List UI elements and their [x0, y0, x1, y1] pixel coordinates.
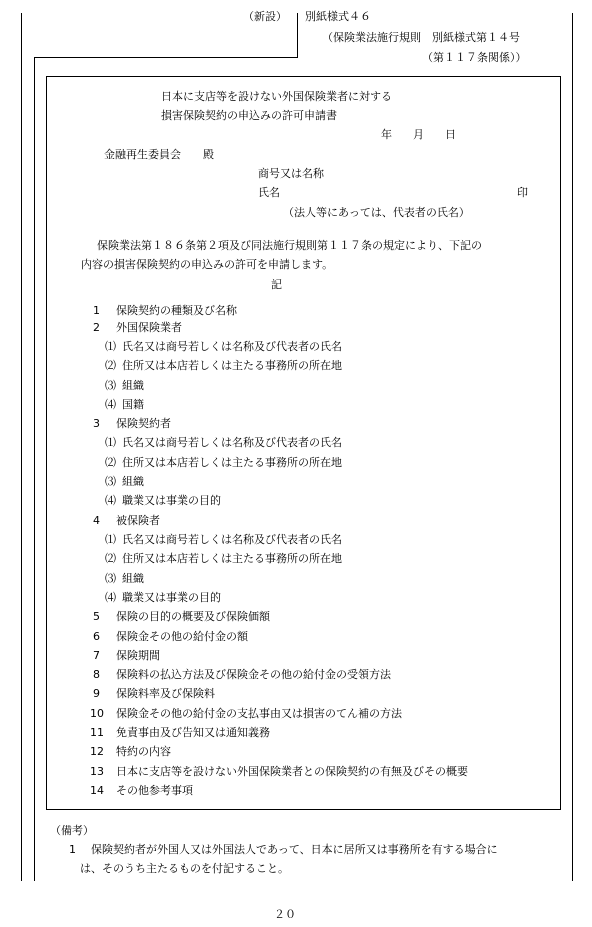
item-text: 保険料率及び保険料: [116, 687, 215, 701]
item-text: 保険金その他の給付金の額: [116, 630, 248, 644]
applicant-name-label: 氏名: [258, 186, 280, 200]
item-number: ⑵: [105, 456, 116, 470]
notes-heading: （備考）: [50, 824, 94, 838]
item-text: 保険料の払込方法及び保険金その他の給付金の受領方法: [116, 668, 391, 682]
reference-line-2: （第１１７条関係））: [422, 51, 527, 65]
item-text: 組織: [122, 379, 144, 393]
honorific: 殿: [203, 148, 214, 162]
item-text: 住所又は本店若しくは主たる事務所の所在地: [122, 552, 342, 566]
ki-heading: 記: [271, 278, 282, 292]
note-1-line-1: 保険契約者が外国人又は外国法人であって、日本に居所又は事務所を有する場合に: [91, 843, 498, 857]
item-number: ⑵: [105, 552, 116, 566]
item-text: 保険期間: [116, 649, 160, 663]
item-text: 特約の内容: [116, 745, 171, 759]
item-text: 氏名又は商号若しくは名称及び代表者の氏名: [122, 340, 342, 354]
item-number: 14: [90, 784, 104, 798]
item-number: 6: [93, 630, 100, 644]
form-number: 別紙様式４６: [305, 10, 371, 24]
note-1-line-2: は、そのうち主たるものを付記すること。: [80, 862, 289, 876]
item-text: 住所又は本店若しくは主たる事務所の所在地: [122, 359, 342, 373]
form-title-line-1: 日本に支店等を設けない外国保険業者に対する: [161, 90, 392, 104]
form-box-top: [46, 76, 561, 77]
middle-frame-top: [34, 57, 298, 58]
form-box-right: [560, 76, 561, 810]
seal-mark: 印: [517, 186, 528, 200]
date-month: 月: [413, 128, 424, 142]
item-text: 氏名又は商号若しくは名称及び代表者の氏名: [122, 533, 342, 547]
item-text: 組織: [122, 572, 144, 586]
form-title-line-2: 損害保険契約の申込みの許可申請書: [161, 109, 337, 123]
middle-frame-left: [34, 57, 35, 881]
item-text: 組織: [122, 475, 144, 489]
form-box-left: [46, 76, 47, 810]
item-number: 9: [93, 687, 100, 701]
item-number: ⑴: [105, 340, 116, 354]
item-text: 保険金その他の給付金の支払事由又は損害のてん補の方法: [116, 707, 402, 721]
date-day: 日: [445, 128, 456, 142]
item-text: 被保険者: [116, 514, 160, 528]
outer-frame-right: [572, 13, 573, 881]
application-body-line-2: 内容の損害保険契約の申込みの許可を申請します。: [81, 258, 333, 272]
item-text: 住所又は本店若しくは主たる事務所の所在地: [122, 456, 342, 470]
item-number: 4: [93, 514, 100, 528]
item-text: 保険契約の種類及び名称: [116, 304, 237, 318]
addressee: 金融再生委員会: [104, 148, 181, 162]
item-number: ⑷: [105, 494, 116, 508]
page-number: ２０: [274, 908, 296, 922]
item-text: 氏名又は商号若しくは名称及び代表者の氏名: [122, 436, 342, 450]
item-text: 保険の目的の概要及び保険価額: [116, 610, 270, 624]
item-number: 10: [90, 707, 104, 721]
item-number: 1: [93, 304, 100, 318]
item-number: 7: [93, 649, 100, 663]
item-text: 保険契約者: [116, 417, 171, 431]
item-text: 国籍: [122, 398, 144, 412]
item-number: ⑵: [105, 359, 116, 373]
item-number: 12: [90, 745, 104, 759]
item-number: 11: [90, 726, 104, 740]
form-box-bottom: [46, 809, 561, 810]
item-text: 職業又は事業の目的: [122, 591, 221, 605]
item-number: 5: [93, 610, 100, 624]
item-number: ⑶: [105, 379, 116, 393]
item-number: ⑶: [105, 475, 116, 489]
item-text: 免責事由及び告知又は通知義務: [116, 726, 270, 740]
item-number: ⑷: [105, 591, 116, 605]
item-number: 8: [93, 668, 100, 682]
outer-frame-left: [21, 13, 22, 881]
item-text: その他参考事項: [116, 784, 193, 798]
item-number: ⑷: [105, 398, 116, 412]
company-name-label: 商号又は名称: [258, 167, 324, 181]
item-text: 日本に支店等を設けない外国保険業者との保険契約の有無及びその概要: [116, 765, 468, 779]
item-number: 3: [93, 417, 100, 431]
item-number: ⑴: [105, 436, 116, 450]
application-body-line-1: 保険業法第１８６条第２項及び同法施行規則第１１７条の規定により、下記の: [97, 239, 482, 253]
header-divider-vertical: [297, 13, 298, 58]
item-number: 2: [93, 321, 100, 335]
item-number: ⑶: [105, 572, 116, 586]
item-text: 外国保険業者: [116, 321, 182, 335]
reference-line-1: （保険業法施行規則 別紙様式第１４号: [322, 31, 520, 45]
item-text: 職業又は事業の目的: [122, 494, 221, 508]
item-number: ⑴: [105, 533, 116, 547]
representative-note: （法人等にあっては、代表者の氏名）: [283, 206, 470, 220]
date-year: 年: [381, 128, 392, 142]
note-1-number: 1: [69, 843, 76, 857]
item-number: 13: [90, 765, 104, 779]
new-label: （新設）: [243, 10, 287, 24]
